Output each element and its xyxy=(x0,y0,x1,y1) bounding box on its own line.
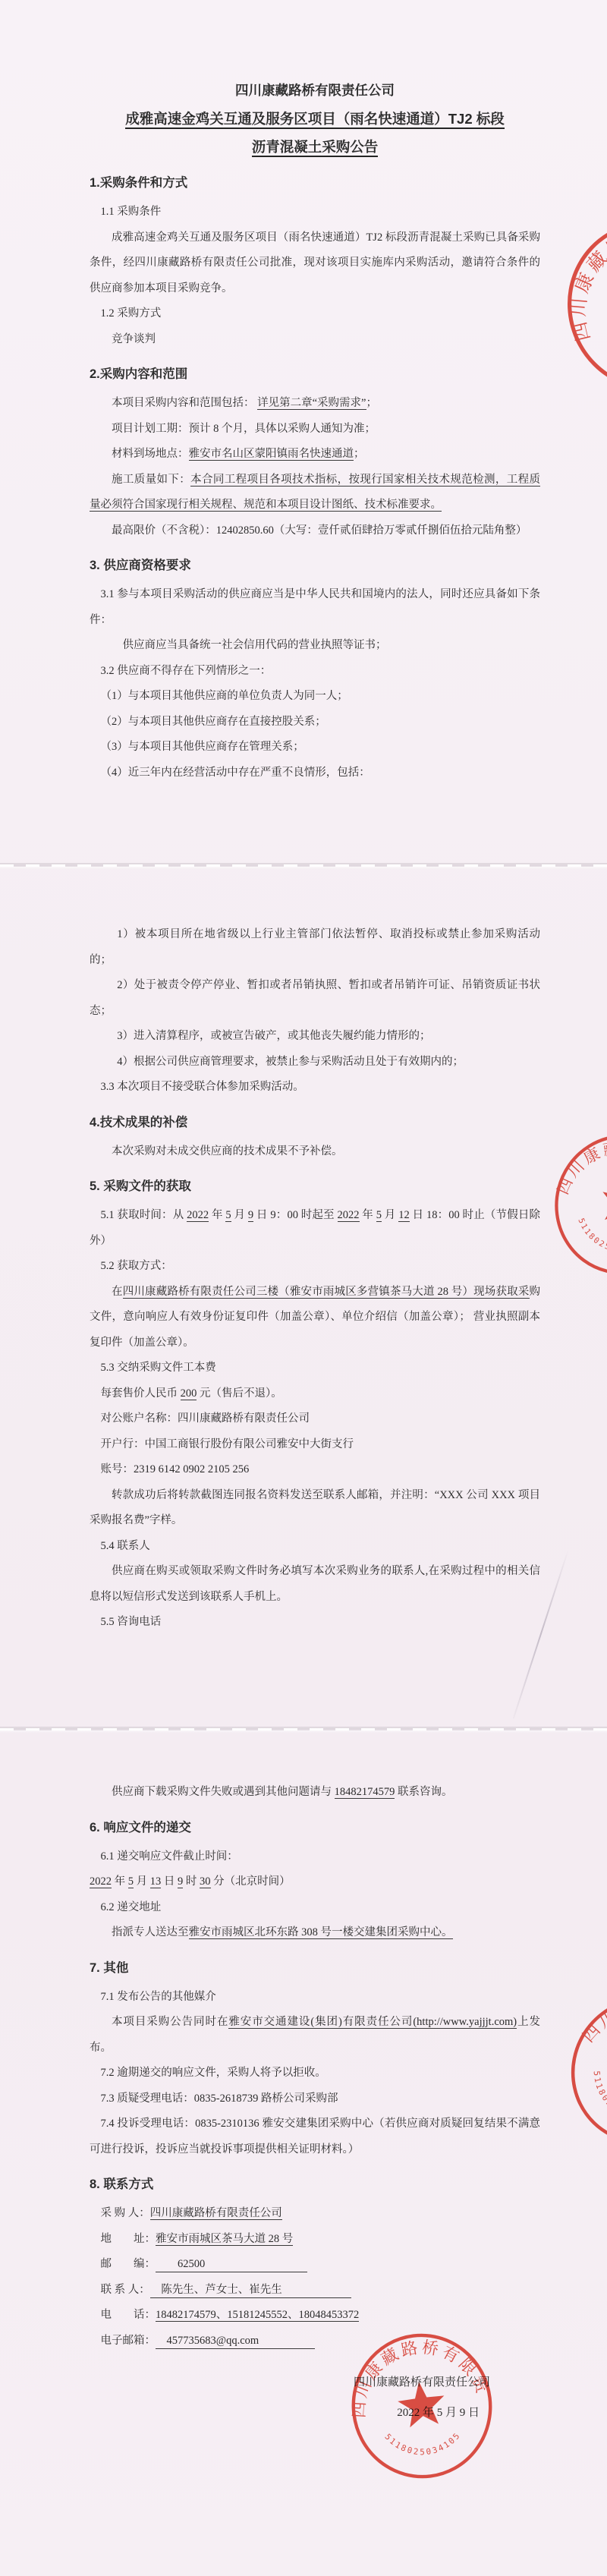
paragraph: 对公账户名称：四川康藏路桥有限责任公司 xyxy=(90,1406,540,1432)
text-run: 7.3 质疑受理电话：0835-2618739 路桥公司采购部 xyxy=(101,2093,338,2105)
page-2: 1）被本项目所在地省级以上行业主管部门依法暂停、取消投标或禁止参加采购活动的；2… xyxy=(0,869,607,1727)
paragraph: 电子邮箱：457735683@qq.com xyxy=(90,2329,540,2354)
page-3-content: 供应商下载采购文件失败或遇到其他问题请与 18482174579 联系咨询。6.… xyxy=(90,1733,540,2354)
paragraph: 供应商应当具备统一社会信用代码的营业执照等证书； xyxy=(90,633,540,659)
text-run: 8. 联系方式 xyxy=(90,2178,153,2191)
text-run: 指派专人送达至 xyxy=(112,1926,189,1938)
paragraph: 每套售价人民币 200 元（售后不退）。 xyxy=(90,1381,540,1407)
underlined-text: 成雅高速金鸡关互通及服务区项目（雨名快速通道）TJ2 标段 xyxy=(125,111,505,129)
text-run: 5. 采购文件的获取 xyxy=(90,1179,191,1193)
paragraph: 1.1 采购条件 xyxy=(90,200,540,225)
underlined-text: 5 xyxy=(225,1209,231,1222)
paragraph: 材料到场地点：雅安市名山区蒙阳镇雨名快速通道； xyxy=(90,442,540,468)
text-run: 3.2 供应商不得存在下列情形之一： xyxy=(101,665,272,677)
document-subtitle: 成雅高速金鸡关互通及服务区项目（雨名快速通道）TJ2 标段 xyxy=(90,105,540,133)
paragraph: 电 话：18482174579、15181245552、18048453372 xyxy=(90,2303,540,2329)
section-heading: 1.采购条件和方式 xyxy=(90,171,540,195)
text-run: 月 xyxy=(382,1209,398,1221)
paragraph: 供应商在购买或领取采购文件时务必填写本次采购业务的联系人,在采购过程中的相关信息… xyxy=(90,1559,540,1610)
paragraph: 本项目采购内容和范围包括： 详见第二章“采购需求”； xyxy=(90,391,540,417)
scanned-document: 四川康藏路桥有限责任公司成雅高速金鸡关互通及服务区项目（雨名快速通道）TJ2 标… xyxy=(0,0,607,2576)
text-run: 竞争谈判 xyxy=(112,333,156,345)
text-run: 本项目采购内容和范围包括： xyxy=(112,397,257,409)
text-run: 2）处于被责令停产停业、暂扣或者吊销执照、暂扣或者吊销许可证、吊销资质证书状态； xyxy=(90,979,540,1017)
underlined-text: 2022 xyxy=(338,1209,360,1222)
page-1-content: 四川康藏路桥有限责任公司成雅高速金鸡关互通及服务区项目（雨名快速通道）TJ2 标… xyxy=(90,76,540,786)
underlined-text: 沥青混凝土采购公告 xyxy=(252,139,379,157)
paragraph: 在四川康藏路桥有限责任公司三楼（雅安市雨城区多营镇茶马大道 28 号）现场获取采… xyxy=(90,1280,540,1356)
page-3: 供应商下载采购文件失败或遇到其他问题请与 18482174579 联系咨询。6.… xyxy=(0,1733,607,2576)
paragraph: 5.2 获取方式： xyxy=(90,1254,540,1280)
text-run: 电子邮箱： xyxy=(101,2335,156,2347)
underlined-text: 雅安市交通建设(集团)有限责任公司(http://www.yajjjt.com) xyxy=(228,2016,517,2029)
section-heading: 6. 响应文件的递交 xyxy=(90,1815,540,1840)
paragraph: 5.3 交纳采购文件工本费 xyxy=(90,1356,540,1381)
paragraph: 联 系 人：陈先生、芦女士、崔先生 xyxy=(90,2278,540,2304)
text-run: 供应商在购买或领取采购文件时务必填写本次采购业务的联系人,在采购过程中的相关信息… xyxy=(90,1565,540,1603)
paragraph: 1.2 采购方式 xyxy=(90,301,540,327)
underlined-text: 2022 xyxy=(90,1875,112,1888)
text-run: 3）进入清算程序，或被宣告破产，或其他丧失履约能力情形的； xyxy=(117,1030,430,1042)
paragraph: 采 购 人：四川康藏路桥有限责任公司 xyxy=(90,2201,540,2227)
text-run: 1.1 采购条件 xyxy=(101,206,162,218)
underlined-text: 30 xyxy=(200,1875,211,1888)
section-heading: 2.采购内容和范围 xyxy=(90,362,540,386)
text-run: 开户行：中国工商银行股份有限公司雅安中大街支行 xyxy=(101,1438,354,1450)
text-run: 采 购 人： xyxy=(101,2207,150,2219)
paragraph: 3.2 供应商不得存在下列情形之一： xyxy=(90,659,540,685)
text-run: 每套售价人民币 xyxy=(101,1387,181,1400)
underlined-text: 2022 xyxy=(187,1209,209,1222)
text-run: 最高限价（不含税）：12402850.60（大写：壹仟贰佰肆拾万零贰仟捌佰伍拾元… xyxy=(112,524,527,537)
underlined-text: 18482174579、15181245552、18048453372 xyxy=(156,2309,359,2322)
section-heading: 5. 采购文件的获取 xyxy=(90,1174,540,1198)
paragraph: 指派专人送达至雅安市雨城区北环东路 308 号一楼交建集团采购中心。 xyxy=(90,1920,540,1946)
paragraph: 1）被本项目所在地省级以上行业主管部门依法暂停、取消投标或禁止参加采购活动的； xyxy=(90,922,540,973)
paragraph: 7.3 质疑受理电话：0835-2618739 路桥公司采购部 xyxy=(90,2086,540,2112)
paragraph: 5.4 联系人 xyxy=(90,1534,540,1560)
blank-space xyxy=(90,1733,540,1780)
text-run: （3）与本项目其他供应商存在管理关系； xyxy=(101,741,304,753)
underlined-text: 详见第二章“采购需求” xyxy=(257,397,366,410)
paragraph: 账号：2319 6142 0902 2105 256 xyxy=(90,1457,540,1483)
text-run: 供应商下载采购文件失败或遇到其他问题请与 xyxy=(112,1786,335,1798)
text-run: 成雅高速金鸡关互通及服务区项目（雨名快速通道）TJ2 标段沥青混凝土采购已具备采… xyxy=(90,231,540,294)
paragraph: 7.4 投诉受理电话：0835-2310136 雅安交建集团采购中心（若供应商对… xyxy=(90,2112,540,2162)
text-run: 4）根据公司供应商管理要求，被禁止参与采购活动且处于有效期内的； xyxy=(117,1056,464,1068)
paragraph: 7.2 逾期递交的响应文件，采购人将予以拒收。 xyxy=(90,2061,540,2086)
text-run: 分（北京时间） xyxy=(211,1875,291,1888)
underlined-text: 四川康藏路桥有限责任公司 xyxy=(150,2207,282,2220)
paragraph: 本次采购对未成交供应商的技术成果不予补偿。 xyxy=(90,1139,540,1165)
text-run: 转款成功后将转款截图连同报名资料发送至联系人邮箱，并注明：“XXX 公司 XXX… xyxy=(90,1489,540,1527)
text-run: 元（售后不退）。 xyxy=(197,1387,281,1400)
text-run: 1.采购条件和方式 xyxy=(90,176,187,190)
paragraph: 2）处于被责令停产停业、暂扣或者吊销执照、暂扣或者吊销许可证、吊销资质证书状态； xyxy=(90,973,540,1024)
underlined-text: 雅安市雨城区北环东路 308 号一楼交建集团采购中心。 xyxy=(189,1926,453,1939)
text-run: 3.3 本次项目不接受联合体参加采购活动。 xyxy=(101,1081,304,1093)
paragraph: 本项目采购公告同时在雅安市交通建设(集团)有限责任公司(http://www.y… xyxy=(90,2010,540,2061)
text-run: 5.1 获取时间：从 xyxy=(101,1209,187,1221)
paragraph: 2022 年 5 月 13 日 9 时 30 分（北京时间） xyxy=(90,1869,540,1895)
paragraph: 5.1 获取时间：从 2022 年 5 月 9 日 9：00 时起至 2022 … xyxy=(90,1203,540,1254)
text-run: 施工质量如下： xyxy=(112,474,190,486)
underlined-text: 四川康藏路桥有限责任公司三楼（雅安市雨城区多营镇茶马大道 28 号）现场获取采 xyxy=(123,1286,530,1299)
section-heading: 7. 其他 xyxy=(90,1956,540,1980)
text-run: 日 xyxy=(161,1875,178,1888)
underlined-text: 12 xyxy=(398,1209,410,1222)
underlined-text: 雅安市雨城区茶马大道 28 号 xyxy=(156,2233,293,2246)
paragraph: 竞争谈判 xyxy=(90,327,540,353)
paragraph: 供应商下载采购文件失败或遇到其他问题请与 18482174579 联系咨询。 xyxy=(90,1780,540,1806)
blank-space xyxy=(90,869,540,922)
paragraph: 项目计划工期：预计 8 个月，具体以采购人通知为准； xyxy=(90,417,540,442)
text-run: 2.采购内容和范围 xyxy=(90,367,187,381)
paragraph: 成雅高速金鸡关互通及服务区项目（雨名快速通道）TJ2 标段沥青混凝土采购已具备采… xyxy=(90,225,540,302)
page-1: 四川康藏路桥有限责任公司成雅高速金鸡关互通及服务区项目（雨名快速通道）TJ2 标… xyxy=(0,0,607,863)
text-run: 对公账户名称：四川康藏路桥有限责任公司 xyxy=(101,1412,310,1425)
page-tear-line xyxy=(0,863,607,869)
text-run: 供应商应当具备统一社会信用代码的营业执照等证书； xyxy=(123,639,387,651)
paragraph: 施工质量如下：本合同工程项目各项技术指标，按现行国家相关技术规范检测，工程质量必… xyxy=(90,468,540,518)
underlined-text: 陈先生、芦女士、崔先生 xyxy=(150,2282,351,2298)
text-run: （4）近三年内在经营活动中存在严重不良情形，包括： xyxy=(101,767,370,779)
section-heading: 4.技术成果的补偿 xyxy=(90,1110,540,1135)
document-title: 四川康藏路桥有限责任公司 xyxy=(90,76,540,105)
underlined-text: 62500 xyxy=(156,2256,307,2272)
text-run: 7.1 发布公告的其他媒介 xyxy=(101,1991,216,2003)
text-run: ； xyxy=(354,448,365,460)
text-run: 1.2 采购方式 xyxy=(101,307,162,320)
text-run: 日 9：00 时起至 xyxy=(253,1209,337,1221)
text-run: 本次采购对未成交供应商的技术成果不予补偿。 xyxy=(112,1145,343,1157)
signature-block: 四川康藏路桥有限责任公司 2022 年 5 月 9 日 xyxy=(90,2367,540,2428)
text-run: 5.4 联系人 xyxy=(101,1540,150,1552)
underlined-text: 雅安市名山区蒙阳镇雨名快速通道 xyxy=(189,448,354,461)
text-run: 邮 编： xyxy=(101,2258,156,2270)
text-run: 四川康藏路桥有限责任公司 xyxy=(235,83,395,98)
text-run: 材料到场地点： xyxy=(112,448,189,460)
text-run: 3. 供应商资格要求 xyxy=(90,559,191,572)
underlined-text: 18482174579 xyxy=(335,1786,395,1799)
text-run: 3.1 参与本项目采购活动的供应商应当是中华人民共和国境内的法人，同时还应具备如… xyxy=(90,588,540,626)
paragraph: 3.1 参与本项目采购活动的供应商应当是中华人民共和国境内的法人，同时还应具备如… xyxy=(90,582,540,633)
paragraph: 6.1 递交响应文件截止时间： xyxy=(90,1844,540,1870)
text-run: 7.2 逾期递交的响应文件，采购人将予以拒收。 xyxy=(101,2067,326,2079)
text-run: 联系咨询。 xyxy=(395,1786,452,1798)
text-run: 7. 其他 xyxy=(90,1961,128,1975)
text-run: （2）与本项目其他供应商存在直接控股关系； xyxy=(101,716,326,728)
document-subtitle: 沥青混凝土采购公告 xyxy=(90,133,540,161)
paragraph: （1）与本项目其他供应商的单位负责人为同一人； xyxy=(90,684,540,710)
underlined-text: 457735683@qq.com xyxy=(156,2333,315,2349)
text-run: 年 xyxy=(209,1209,225,1221)
text-run: 5.2 获取方式： xyxy=(101,1260,172,1272)
text-run: 月 xyxy=(134,1875,150,1888)
text-run: （1）与本项目其他供应商的单位负责人为同一人； xyxy=(101,690,348,702)
signature-date: 2022 年 5 月 9 日 xyxy=(90,2398,490,2428)
section-heading: 8. 联系方式 xyxy=(90,2172,540,2197)
text-run: ； xyxy=(366,397,378,409)
paragraph: 地 址：雅安市雨城区茶马大道 28 号 xyxy=(90,2227,540,2253)
text-run: 5.5 咨询电话 xyxy=(101,1616,162,1628)
paragraph: 3）进入清算程序，或被宣告破产，或其他丧失履约能力情形的； xyxy=(90,1024,540,1050)
paragraph: （4）近三年内在经营活动中存在严重不良情形，包括： xyxy=(90,761,540,786)
text-run: 年 xyxy=(112,1875,128,1888)
text-run: 在 xyxy=(112,1286,123,1298)
paragraph: 转款成功后将转款截图连同报名资料发送至联系人邮箱，并注明：“XXX 公司 XXX… xyxy=(90,1483,540,1534)
text-run: 6. 响应文件的递交 xyxy=(90,1821,191,1834)
paragraph: （2）与本项目其他供应商存在直接控股关系； xyxy=(90,710,540,735)
text-run: 5.3 交纳采购文件工本费 xyxy=(101,1362,216,1374)
text-run: 6.1 递交响应文件截止时间： xyxy=(101,1850,238,1863)
underlined-text: 5 xyxy=(376,1209,382,1222)
paragraph: 7.1 发布公告的其他媒介 xyxy=(90,1985,540,2011)
underlined-text: 5 xyxy=(128,1875,134,1888)
text-run: 本项目采购公告同时在 xyxy=(112,2016,228,2028)
text-run: 时 xyxy=(183,1875,200,1888)
paragraph: （3）与本项目其他供应商存在管理关系； xyxy=(90,735,540,761)
text-run: 账号：2319 6142 0902 2105 256 xyxy=(101,1463,250,1475)
underlined-text: 13 xyxy=(150,1875,162,1888)
paragraph: 3.3 本次项目不接受联合体参加采购活动。 xyxy=(90,1075,540,1101)
paragraph: 6.2 递交地址 xyxy=(90,1895,540,1921)
paragraph: 5.5 咨询电话 xyxy=(90,1610,540,1636)
text-run: 6.2 递交地址 xyxy=(101,1901,162,1913)
text-run: 联 系 人： xyxy=(101,2284,150,2296)
text-run: 4.技术成果的补偿 xyxy=(90,1116,187,1129)
text-run: 月 xyxy=(231,1209,248,1221)
paragraph: 最高限价（不含税）：12402850.60（大写：壹仟贰佰肆拾万零贰仟捌佰伍拾元… xyxy=(90,518,540,544)
page-tear-line xyxy=(0,1727,607,1733)
paragraph: 邮 编： 62500 xyxy=(90,2252,540,2278)
paragraph: 开户行：中国工商银行股份有限公司雅安中大街支行 xyxy=(90,1432,540,1458)
underlined-text: 200 xyxy=(181,1387,197,1400)
text-run: 电 话： xyxy=(101,2309,156,2321)
text-run: 年 xyxy=(360,1209,376,1221)
text-run: 项目计划工期：预计 8 个月，具体以采购人通知为准； xyxy=(112,423,376,435)
text-run: 7.4 投诉受理电话：0835-2310136 雅安交建集团采购中心（若供应商对… xyxy=(90,2118,540,2156)
text-run: 地 址： xyxy=(101,2233,156,2245)
page-2-content: 1）被本项目所在地省级以上行业主管部门依法暂停、取消投标或禁止参加采购活动的；2… xyxy=(90,869,540,1636)
signature-company: 四川康藏路桥有限责任公司 xyxy=(90,2367,490,2398)
paragraph: 4）根据公司供应商管理要求，被禁止参与采购活动且处于有效期内的； xyxy=(90,1050,540,1075)
text-run: 1）被本项目所在地省级以上行业主管部门依法暂停、取消投标或禁止参加采购活动的； xyxy=(90,928,540,966)
section-heading: 3. 供应商资格要求 xyxy=(90,553,540,578)
